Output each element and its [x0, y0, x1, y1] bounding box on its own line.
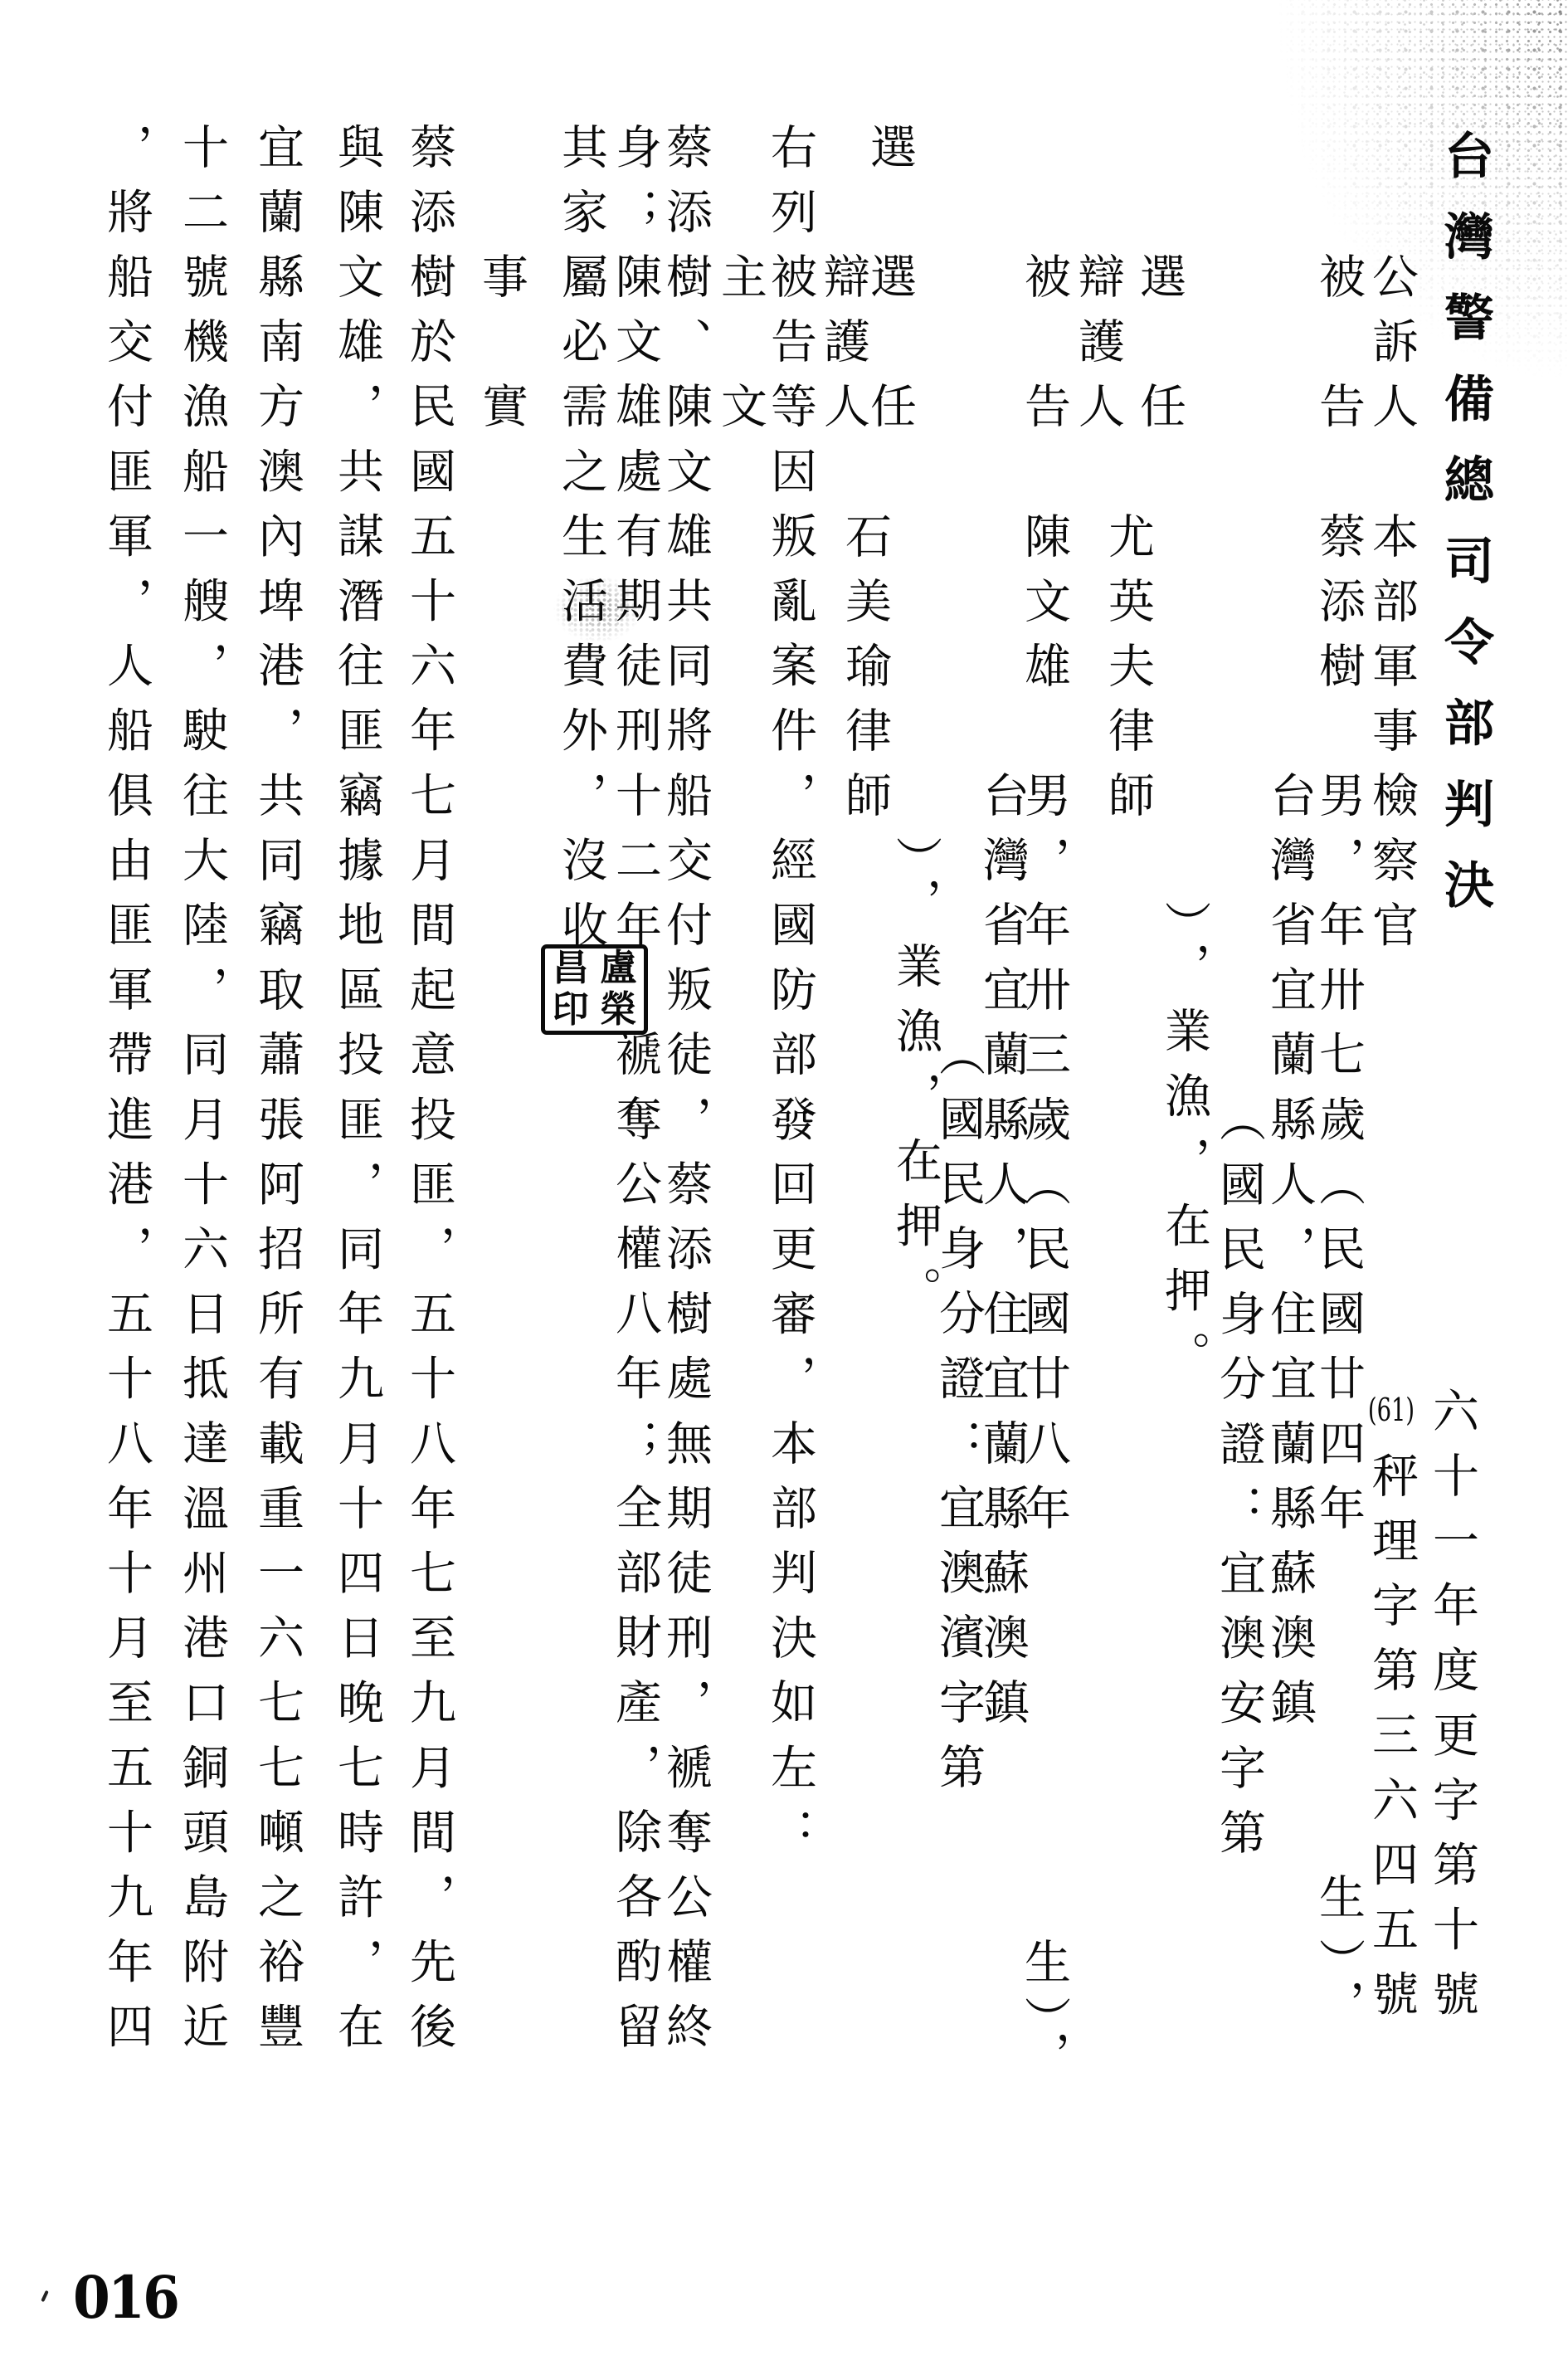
prosecutor-label: 公訴人: [1368, 252, 1415, 446]
scanned-document-page: 台灣警備總司令部判決 六十一年度更字第十號 公訴人 本部軍事檢察官 (61) 秤…: [0, 0, 1568, 2370]
facts-line-1: 蔡添樹於民國五十六年七月間起意投匪，五十八年七至九月間，先後: [406, 123, 452, 2067]
reference-number: 秤理字第三六四五號: [1368, 1451, 1415, 2035]
counsel-2-label-appointed: 選任: [866, 252, 913, 511]
main-text-line-2a: 身；陳文雄處有期徒刑十二年: [611, 123, 658, 965]
main-text-line-2b: 褫奪公權八年；全部財產，除各酌留: [611, 1030, 658, 2067]
counsel-1-label-defender: 辯護人: [1074, 252, 1121, 446]
facts-line-2: 與陳文雄，共謀潛往匪竊據地區投匪，同年九月十四日晚七時許，在: [334, 123, 380, 2067]
defendant-2-status: ），業漁，在押。: [892, 836, 938, 1331]
defendant-1-birth-end: 生），: [1315, 1873, 1361, 2044]
defendant-1-residence: 台灣省宜蘭縣人，住宜蘭縣蘇澳鎮: [1266, 771, 1312, 1743]
case-number: 六十一年度更字第十號: [1429, 1387, 1475, 2035]
counsel-2-stray-mark: 選: [866, 123, 913, 188]
defendant-1-id-card: （國民身分證：宜澳安字第: [1215, 1095, 1262, 1873]
document-title: 台灣警備總司令部判決: [1440, 129, 1490, 940]
official-seal: 盧 榮 昌 印: [541, 944, 648, 1035]
counsel-2-name: 石美瑜律師: [841, 512, 888, 836]
facts-line-5: ，將船交付匪軍，人船俱由匪軍帶進港，五十八年十月至五十九年四: [103, 123, 149, 2067]
defendant-1-label: 被告: [1315, 252, 1361, 511]
facts-heading: 事實: [478, 252, 524, 511]
prosecutor-name: 本部軍事檢察官: [1368, 512, 1415, 966]
defendant-1-name: 蔡添樹: [1315, 512, 1361, 706]
defendant-2-label: 被告: [1020, 252, 1067, 511]
counsel-2-label-defender: 辯護人: [820, 252, 866, 446]
defendant-2-residence: 台灣省宜蘭縣人，住宜蘭縣蘇澳鎮: [979, 771, 1025, 1743]
preamble: 右列被告等因叛亂案件，經國防部發回更審，本部判決如左：: [767, 123, 813, 1873]
counsel-1-name: 尤英夫律師: [1104, 512, 1151, 836]
main-text-line-3: 其家屬必需之生活費外，沒收: [558, 123, 604, 965]
seal-char: 榮: [595, 990, 643, 1031]
main-text-line-1: 蔡添樹、陳文雄共同將船交付叛徒，蔡添樹處無期徒刑，褫奪公權終: [662, 123, 709, 2067]
defendant-2-name: 陳文雄: [1020, 512, 1067, 706]
reference-prefix: (61): [1367, 1387, 1415, 1432]
facts-line-4: 十二號機漁船一艘，駛往大陸，同月十六日抵達溫州港口銅頭島附近: [178, 123, 225, 2067]
seal-char: 昌: [547, 948, 595, 990]
ink-smudge: [549, 568, 657, 651]
defendant-1-age-birth: 男，年卅七歲（民國廿四年: [1315, 771, 1361, 1548]
main-text-heading: 主文: [717, 252, 763, 511]
page-number: 016: [73, 2265, 178, 2331]
facts-line-3: 宜蘭縣南方澳內埤港，共同竊取蕭張阿招所有載重一六七七噸之裕豐: [254, 123, 300, 2067]
scan-mark: [41, 2290, 49, 2302]
counsel-1-label-appointed: 選任: [1136, 252, 1182, 511]
defendant-2-birth-end: 生），: [1020, 1938, 1067, 2089]
seal-char: 印: [547, 990, 595, 1031]
defendant-1-status: ），業漁，在押。: [1161, 900, 1207, 1396]
seal-char: 盧: [595, 948, 643, 990]
